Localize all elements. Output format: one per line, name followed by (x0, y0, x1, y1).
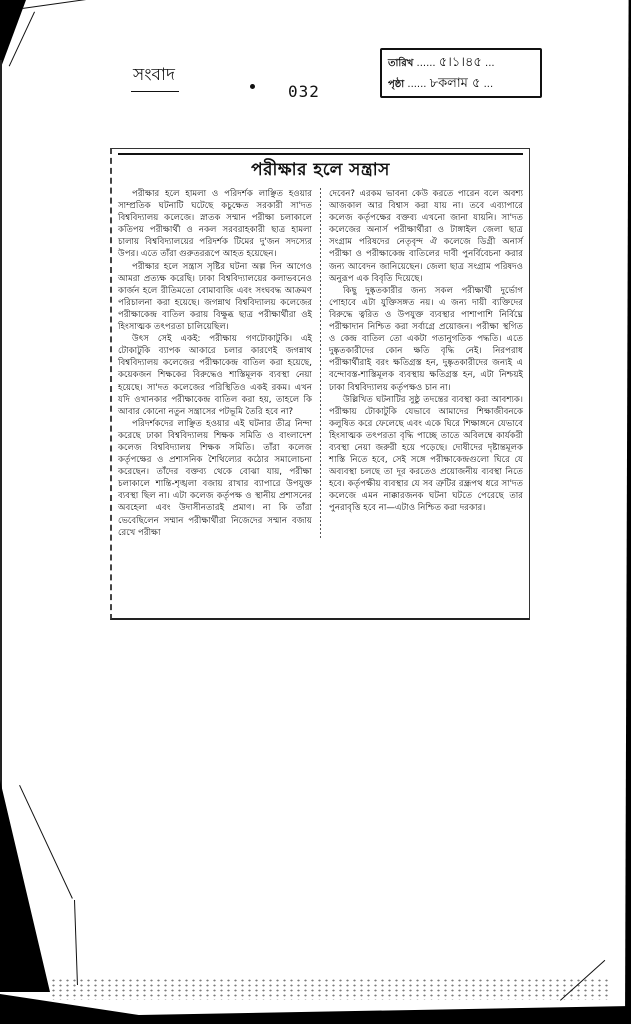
article-headline: পরীক্ষার হলে সন্ত্রাস (118, 153, 523, 185)
article-column-right: দেবেন? এরকম ভাবনা কেউ করতে পারেন বলে অবশ… (329, 188, 523, 539)
newspaper-masthead: সংবাদ (131, 62, 179, 92)
stamp-page-label: পৃষ্ঠা (388, 79, 404, 90)
scan-noise (50, 978, 610, 1000)
scan-edge-left (0, 60, 2, 790)
paragraph: দেবেন? এরকম ভাবনা কেউ করতে পারেন বলে অবশ… (329, 188, 523, 285)
stamp-date-value: ৫।১।৪৫ (439, 55, 482, 70)
stamp-date-row: তারিখ ...... ৫।১।৪৫ ... (388, 53, 534, 74)
article-column-left: পরীক্ষার হলে হামলা ও পরিদর্শক লাঞ্ছিত হও… (118, 188, 312, 539)
paragraph: উল্লিখিত ঘটনাটির সুষ্ঠু তদন্তের ব্যবস্থা… (329, 394, 523, 515)
paragraph: পরিদর্শকদের লাঞ্ছিত হওয়ার এই ঘটনার তীব্… (118, 418, 312, 539)
paragraph: পরীক্ষার হলে হামলা ও পরিদর্শক লাঞ্ছিত হও… (118, 188, 312, 261)
date-page-stamp: তারিখ ...... ৫।১।৪৫ ... পৃষ্ঠা ...... ৮ক… (380, 48, 542, 98)
stamp-date-label: তারিখ (388, 58, 413, 69)
newspaper-clipping: পরীক্ষার হলে সন্ত্রাস পরীক্ষার হলে হামলা… (110, 148, 530, 620)
ink-dot (250, 84, 255, 89)
stamp-page-value: ৮কলাম ৫ (430, 76, 481, 91)
column-divider (320, 188, 321, 539)
paragraph: পরীক্ষার হলে সন্ত্রাস সৃষ্টির ঘটনা অল্প … (118, 261, 312, 334)
paragraph: কিছু দুষ্কৃতকারীর জন্য সকল পরীক্ষার্থী দ… (329, 285, 523, 394)
scan-edge-bottom-left (0, 780, 50, 992)
paragraph: উৎস সেই একই: পরীক্ষায় গণটোকাটুকি। এই টো… (118, 333, 312, 418)
article-body: পরীক্ষার হলে হামলা ও পরিদর্শক লাঞ্ছিত হও… (118, 188, 523, 539)
page-code: 032 (288, 82, 320, 101)
stamp-page-row: পৃষ্ঠা ...... ৮কলাম ৫ ... (388, 74, 534, 95)
